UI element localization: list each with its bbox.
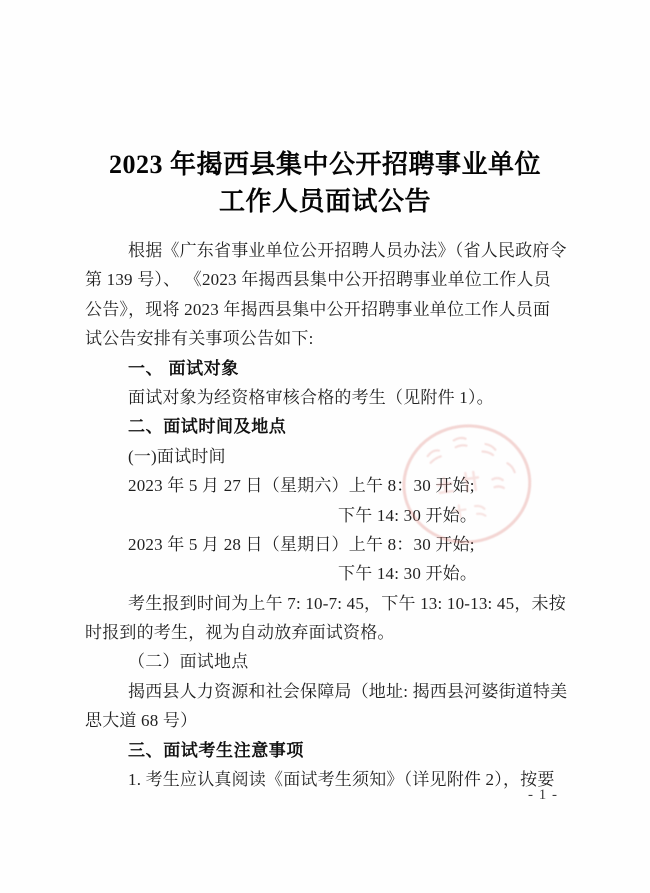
section-3-heading: 三、面试考生注意事项	[85, 736, 569, 765]
title-line-1: 2023 年揭西县集中公开招聘事业单位	[0, 146, 650, 183]
notice-item-1-line-1: 1. 考生应认真阅读《面试考生须知》（详见附件 2），按要	[85, 765, 569, 794]
section-1-body: 面试对象为经资格审核合格的考生（见附件 1）。	[85, 383, 569, 412]
check-in-time-line-2: 时报到的考生，视为自动放弃面试资格。	[85, 618, 569, 647]
section-1-heading: 一、 面试对象	[85, 354, 569, 383]
intro-paragraph-line-4: 试公告安排有关事项公告如下:	[85, 324, 569, 353]
section-2-heading: 二、面试时间及地点	[85, 412, 569, 441]
document-title: 2023 年揭西县集中公开招聘事业单位 工作人员面试公告	[0, 146, 650, 220]
document-body: 根据《广东省事业单位公开招聘人员办法》（省人民政府令 第 139 号）、 《20…	[85, 236, 569, 794]
subsection-2-2-heading: （二）面试地点	[85, 647, 569, 676]
document-page: 2023 年揭西县集中公开招聘事业单位 工作人员面试公告 根据《广东省事业单位公…	[0, 0, 650, 893]
interview-time-day1-morning: 2023 年 5 月 27 日（星期六）上午 8：30 开始;	[85, 471, 569, 500]
intro-paragraph-line-1: 根据《广东省事业单位公开招聘人员办法》（省人民政府令	[85, 236, 569, 265]
check-in-time-line-1: 考生报到时间为上午 7: 10-7: 45，下午 13: 10-13: 45，未…	[85, 589, 569, 618]
interview-time-day2-morning: 2023 年 5 月 28 日（星期日）上午 8：30 开始;	[85, 530, 569, 559]
interview-time-day1-afternoon: 下午 14: 30 开始。	[85, 501, 569, 530]
title-line-2: 工作人员面试公告	[0, 183, 650, 220]
intro-paragraph-line-3: 公告》，现将 2023 年揭西县集中公开招聘事业单位工作人员面	[85, 295, 569, 324]
interview-location-line-2: 思大道 68 号）	[85, 706, 569, 735]
interview-time-day2-afternoon: 下午 14: 30 开始。	[85, 559, 569, 588]
subsection-2-1-heading: (一)面试时间	[85, 442, 569, 471]
page-number: - 1 -	[528, 787, 558, 804]
intro-paragraph-line-2: 第 139 号）、 《2023 年揭西县集中公开招聘事业单位工作人员	[85, 265, 569, 294]
interview-location-line-1: 揭西县人力资源和社会保障局（地址: 揭西县河婆街道特美	[85, 677, 569, 706]
